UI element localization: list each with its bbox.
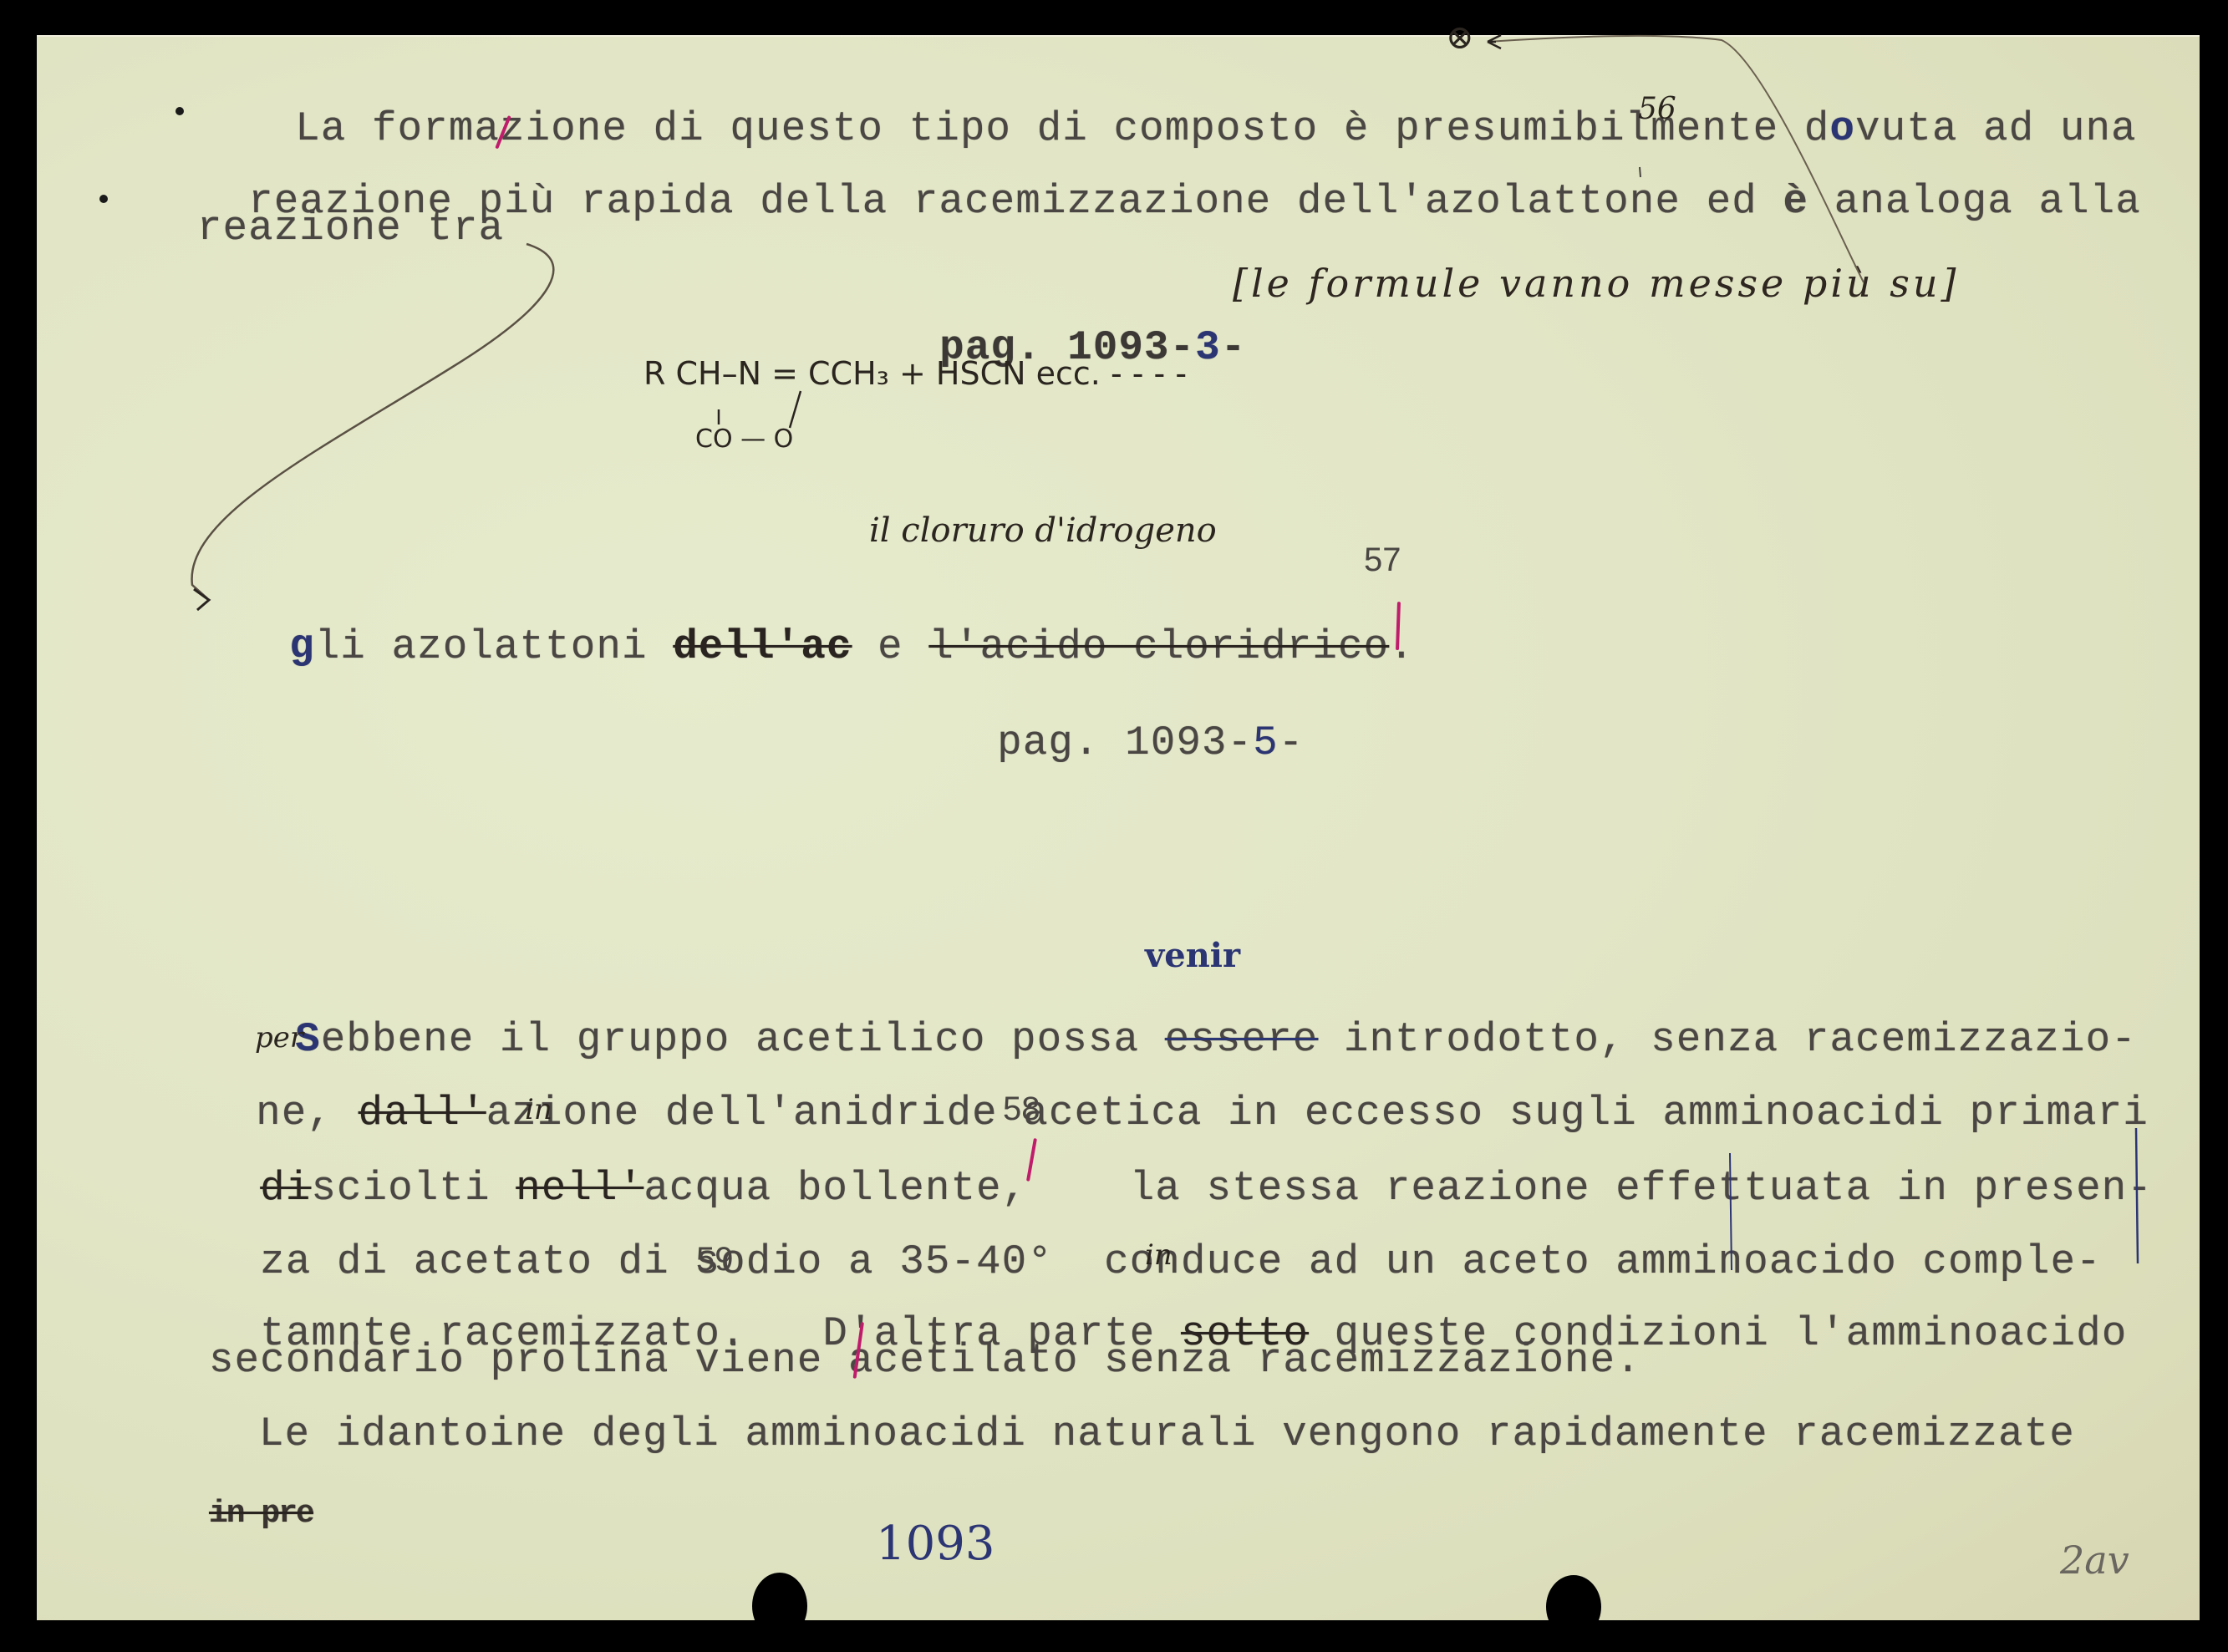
page-ref-trail: - xyxy=(1221,324,1247,371)
para3-line6: secondario prolina viene acetilato senza… xyxy=(209,1337,1641,1384)
struck-text: dell'ac xyxy=(673,623,852,670)
punch-hole-left xyxy=(752,1573,807,1639)
correction-e: è xyxy=(1783,178,1809,225)
page-ref-correction: 5 xyxy=(1253,719,1279,766)
margin-dot xyxy=(175,107,184,115)
struck-footer: in pre xyxy=(209,1496,313,1532)
page-ref-trail: - xyxy=(1279,719,1305,766)
insertion-mark: ⊗ xyxy=(1446,18,1474,57)
punch-hole-right xyxy=(1546,1575,1601,1639)
handwritten-page-number: 1093 xyxy=(876,1517,995,1571)
handwritten-note: [le formule vanno messe più su] xyxy=(1233,261,1959,306)
formula-line2: CO — O xyxy=(695,424,793,454)
para4-line1: Le idantoine degli amminoacidi naturali … xyxy=(259,1411,2075,1457)
footnote-57: 57 xyxy=(1364,541,1401,579)
struck-text: l'acido cloridrico xyxy=(928,623,1389,670)
handwritten-folio: 2av xyxy=(2060,1538,2129,1583)
formula-line1: R CH–N = CCH₃ + HSCN ecc. - - - - xyxy=(643,355,1187,392)
text-segment: e xyxy=(877,623,903,670)
para2-line: gli azolattoni dell'ac e l'acido cloridr… xyxy=(238,577,1415,670)
correction-g: g xyxy=(289,623,315,670)
footnote-56: 56 xyxy=(1638,92,1676,126)
text-segment: analoga alla xyxy=(1834,178,2141,225)
text-segment: . xyxy=(1389,623,1415,670)
page-ref-2: pag. 1093-5- xyxy=(946,673,1305,766)
insertion-chloride: il cloruro d'idrogeno xyxy=(869,511,1217,550)
page-ref-correction: 3 xyxy=(1195,324,1221,371)
para1-line3: reazione tra xyxy=(197,205,504,252)
page-ref-text: pag. 1093- xyxy=(997,719,1253,766)
margin-dot xyxy=(99,195,108,203)
text-segment: li azolattoni xyxy=(315,623,648,670)
